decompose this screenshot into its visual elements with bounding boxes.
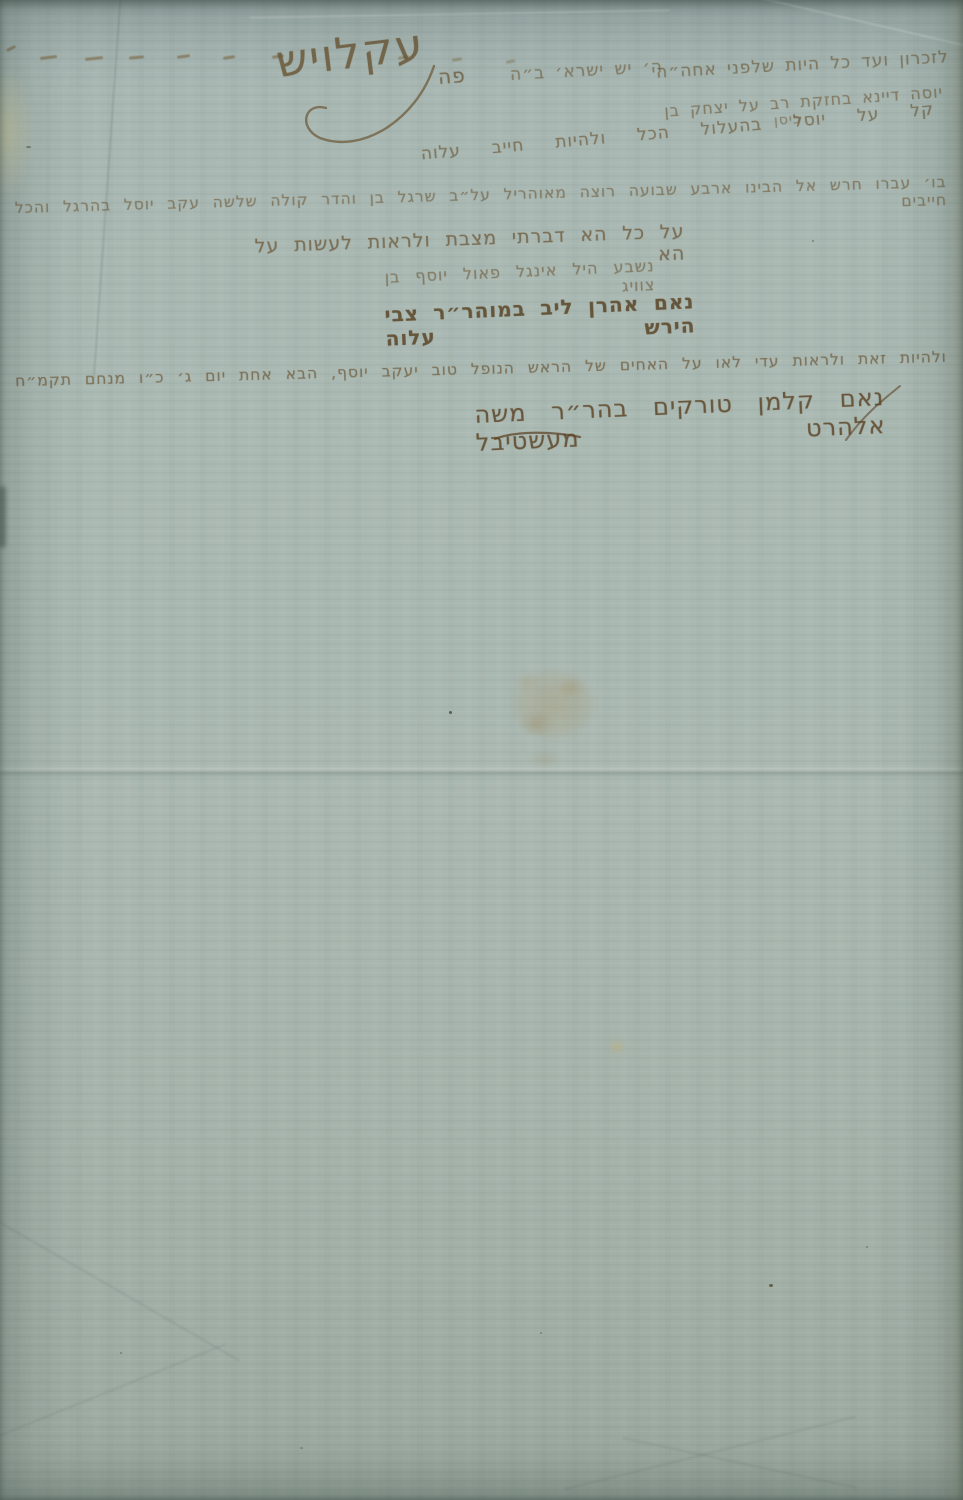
bottom-left-crease-1 [0, 1210, 240, 1362]
top-right-crease [756, 0, 963, 50]
ink-offset-mark [40, 55, 57, 60]
ink-offset-mark [85, 56, 103, 60]
paper-speck [769, 1284, 773, 1287]
manuscript-page: לזכרון ועד כל היות שלפני אחה״ה ה׳ יש ישר… [0, 0, 963, 1500]
horizontal-fold-crease [0, 766, 963, 777]
top-crease-highlight [250, 9, 670, 18]
paper-speck [120, 1352, 122, 1354]
ink-offset-mark [177, 54, 190, 58]
paper-speck [449, 711, 452, 714]
manuscript-line-3: פה [438, 63, 467, 89]
manuscript-line-7: בו׳ עברו חרש אל הבינו ארבע שבועה רוצה מא… [15, 173, 948, 235]
small-yellow-stain [608, 1038, 626, 1056]
paper-speck [540, 1332, 542, 1334]
paper-right-edge-tint [943, 0, 963, 1500]
ink-offset-mark [6, 45, 16, 52]
manuscript-line-11-dateline: ולהיות זאת ולראות עדי לאו על האחים של הר… [15, 348, 947, 390]
center-stain [490, 643, 612, 755]
bottom-right-crease-2 [622, 1437, 857, 1489]
ink-offset-mark [506, 59, 515, 63]
manuscript-headword-placename: עקלויש [274, 19, 428, 88]
paper-top-edge-shadow [0, 0, 963, 14]
ink-offset-mark [452, 57, 462, 61]
paper-speck [300, 1447, 303, 1449]
ink-offset-mark [223, 55, 235, 59]
left-edge-dark-notch [0, 486, 6, 548]
manuscript-signature: נאם קלמן טורקים בהר״ר משה אלהרט מעשטיבל [474, 383, 886, 457]
bottom-right-crease [564, 1416, 856, 1491]
manuscript-line-1: לזכרון ועד כל היות שלפני אחה״ה [656, 47, 950, 82]
paper-speck [866, 1246, 868, 1248]
paper-speck [812, 240, 814, 242]
left-edge-cream-patch [0, 68, 32, 196]
ink-offset-mark [129, 55, 144, 59]
bottom-left-crease-2 [0, 1343, 226, 1442]
center-stain-drip [528, 748, 562, 770]
manuscript-line-2: ה׳ יש ישרא׳ ב״ה [510, 57, 664, 85]
